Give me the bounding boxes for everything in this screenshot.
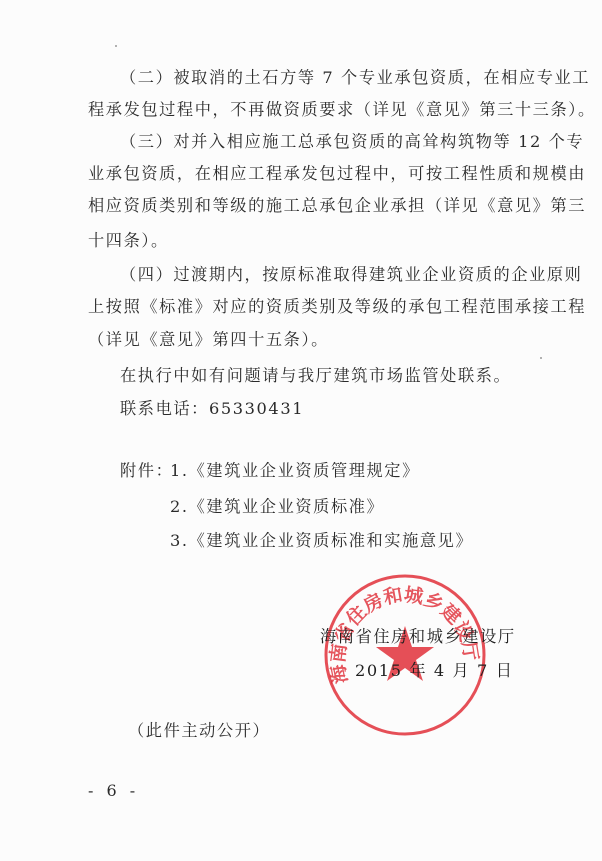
contact-phone: 65330431 xyxy=(209,399,304,418)
paragraph-item-4-line-1: （四）过渡期内，按原标准取得建筑业企业资质的企业原则 xyxy=(120,265,544,285)
contact-phone-label: 联系电话： xyxy=(120,399,209,418)
paragraph-item-2-line-2: 程承发包过程中，不再做资质要求（详见《意见》第三十三条）。 xyxy=(88,100,544,120)
scan-speck xyxy=(540,357,542,359)
paragraph-item-4-line-2: 上按照《标准》对应的资质类别及等级的承包工程范围承接工程 xyxy=(88,297,544,317)
paragraph-item-3-line-2: 业承包资质，在相应工程承发包过程中，可按工程性质和规模由 xyxy=(88,164,544,184)
attachments-label: 附件： xyxy=(120,457,173,481)
contact-phone-row: 联系电话：65330431 xyxy=(120,399,544,419)
attachment-item-1: 1.《建筑业企业资质管理规定》 xyxy=(170,457,420,481)
attachment-item-2: 2.《建筑业企业资质标准》 xyxy=(170,493,384,517)
paragraph-item-4-line-3: （详见《意见》第四十五条）。 xyxy=(88,330,544,350)
issuer-name: 海南省住房和城乡建设厅 xyxy=(320,623,516,647)
official-seal-icon: 海南省住房和城乡建设厅 xyxy=(322,572,488,738)
disclosure-note: （此件主动公开） xyxy=(128,721,270,741)
issue-date: 2015 年 4 月 7 日 xyxy=(355,657,513,681)
page-number: - 6 - xyxy=(88,781,139,800)
contact-note: 在执行中如有问题请与我厅建筑市场监管处联系。 xyxy=(120,366,544,386)
paragraph-item-2-line-1: （二）被取消的土石方等 7 个专业承包资质，在相应专业工 xyxy=(120,68,544,88)
scan-speck xyxy=(115,45,117,47)
paragraph-item-3-line-4: 十四条）。 xyxy=(88,231,544,251)
paragraph-item-3-line-3: 相应资质类别和等级的施工总承包企业承担（详见《意见》第三 xyxy=(88,196,544,216)
attachment-item-3: 3.《建筑业企业资质标准和实施意见》 xyxy=(170,527,473,551)
paragraph-item-3-line-1: （三）对并入相应施工总承包资质的高耸构筑物等 12 个专 xyxy=(120,132,544,152)
